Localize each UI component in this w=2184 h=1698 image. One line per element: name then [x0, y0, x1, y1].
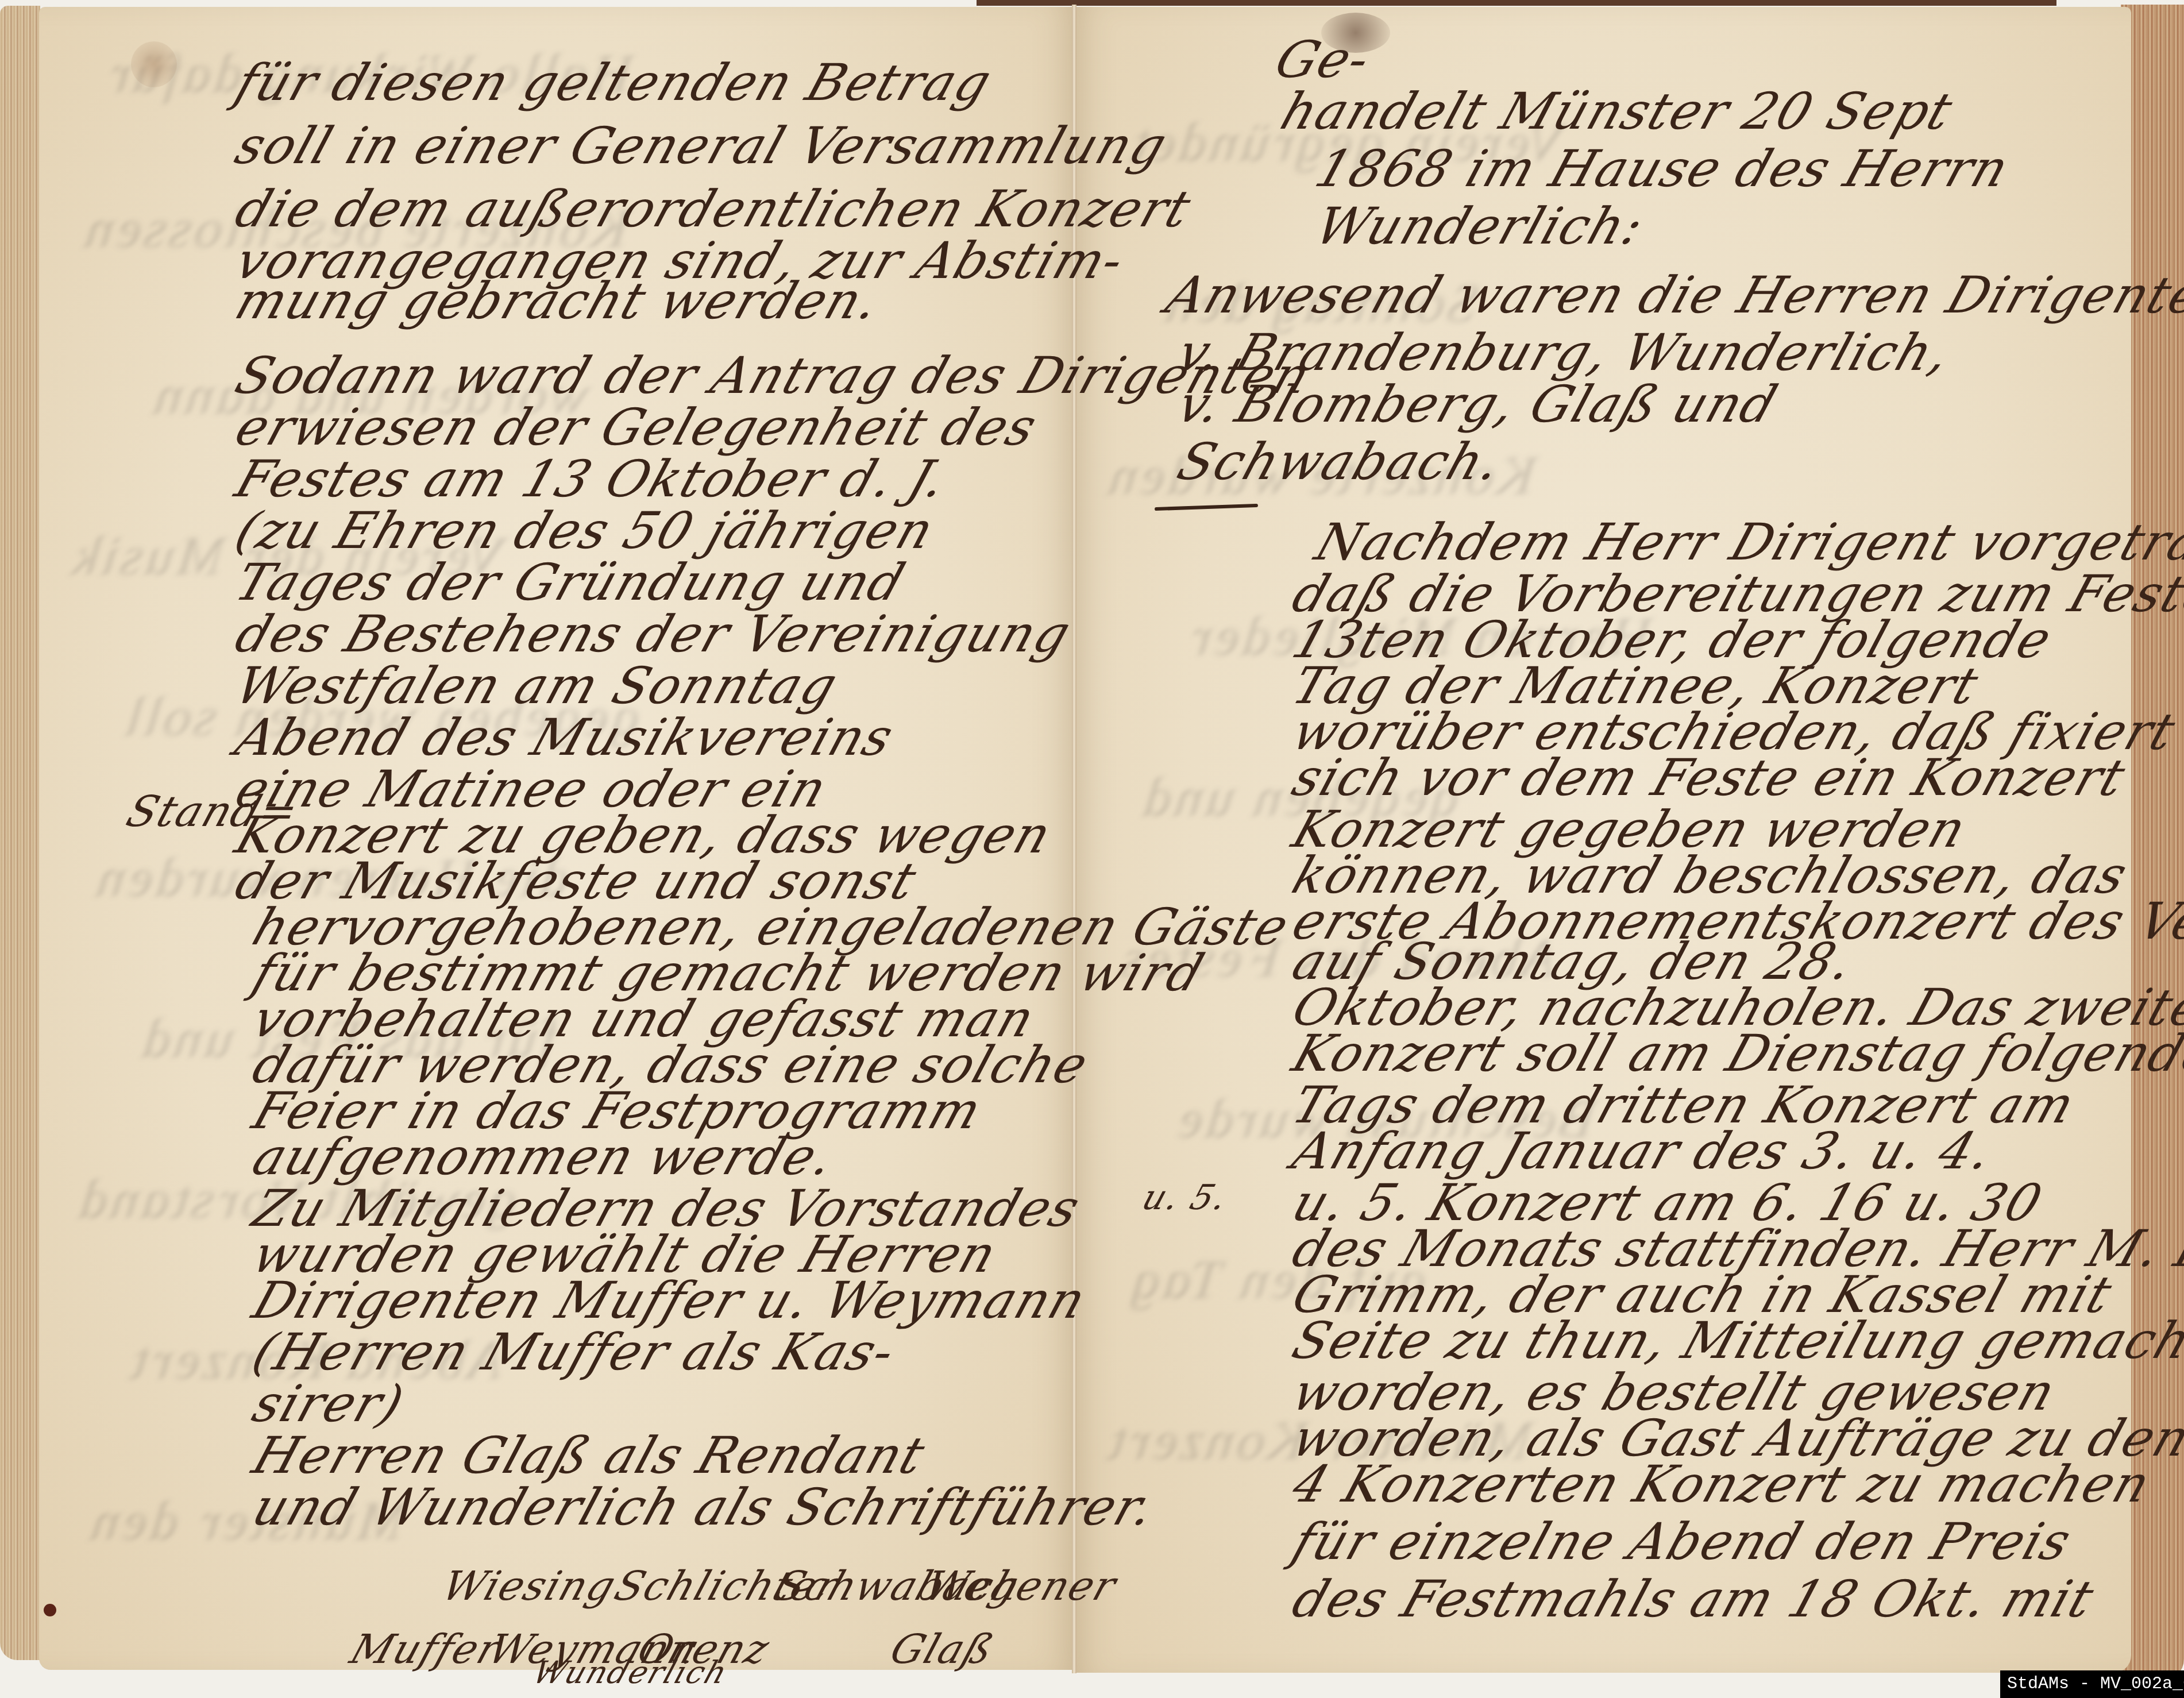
handwritten-line: v. Brandenburg, Wunderlich,: [1172, 327, 1957, 378]
handwritten-line: Nachdem Herr Dirigent vorgetragen: [1310, 517, 2184, 568]
handwritten-line: Schwabach.: [1172, 437, 1508, 487]
signature: Wiesing: [437, 1562, 622, 1610]
handwritten-line: erwiesen der Gelegenheit des: [230, 402, 1043, 453]
handwritten-line: soll in einer General Versammlung: [230, 121, 1174, 171]
handwritten-line: handelt Münster 20 Sept: [1275, 86, 1959, 137]
handwritten-line: Tages der Gründung und: [230, 557, 911, 608]
signature: Glaß: [885, 1626, 1000, 1673]
signature: Wunderlich: [528, 1654, 732, 1691]
handwritten-line: die dem außerordentlichen Konzert: [230, 184, 1197, 234]
handwritten-line: Abend des Musikvereins: [230, 712, 900, 763]
handwritten-line: des Bestehens der Vereinigung: [230, 609, 1077, 659]
handwritten-line: 4 Konzerten Konzert zu machen: [1287, 1459, 2157, 1510]
handwritten-line: Anfang Januar des 3. u. 4.: [1287, 1126, 1999, 1176]
handwritten-line: des Festmahls am 18 Okt. mit: [1287, 1574, 2100, 1624]
handwritten-line: Konzert soll am Dienstag folgenden: [1287, 1028, 2184, 1079]
handwritten-line: Westfalen am Sonntag: [230, 661, 844, 711]
handwritten-line: mung gebracht werden.: [230, 276, 886, 326]
handwritten-line: sirer): [247, 1379, 410, 1429]
archive-reference-label: StdAMs - MV_002a_034: [2000, 1670, 2184, 1698]
stain: [131, 41, 177, 87]
handwritten-line: (zu Ehren des 50 jährigen: [230, 505, 940, 556]
handwritten-line: Festes am 13 Oktober d. J.: [230, 454, 953, 504]
scan-background: Hallo Wirkung dafür Konzerte beschlossen…: [0, 0, 2184, 1698]
handwritten-line: Anwesend waren die Herren Dirigenten: [1160, 270, 2184, 321]
signature: Muffer: [345, 1626, 507, 1673]
handwritten-line: sich vor dem Feste ein Konzert: [1287, 752, 2132, 803]
handwritten-line: (Herren Muffer als Kas-: [247, 1327, 901, 1377]
handwritten-line: für einzelne Abend den Preis: [1287, 1516, 2078, 1567]
handwritten-line: Ge-: [1270, 34, 1377, 85]
signature: Wegener: [919, 1562, 1123, 1610]
left-page-stack-edge: [0, 6, 40, 1660]
handwritten-line: Seite zu thun, Mitteilung gemacht: [1287, 1315, 2184, 1366]
handwritten-line: und Wunderlich als Schriftführer.: [247, 1482, 1162, 1533]
handwritten-line: aufgenommen werde.: [247, 1132, 841, 1182]
handwritten-line: für diesen geltenden Betrag: [230, 57, 998, 108]
book-top-binding: [977, 0, 2056, 6]
handwritten-line: Dirigenten Muffer u. Weymann: [247, 1275, 1093, 1326]
margin-note: u. 5.: [1137, 1178, 1233, 1218]
handwritten-line: 1868 im Hause des Herrn: [1310, 144, 2015, 194]
handwritten-line: v. Blomberg, Glaß und: [1172, 379, 1784, 430]
ink-spot: [44, 1604, 56, 1616]
handwritten-line: Wunderlich:: [1310, 201, 1650, 252]
handwritten-line: Herren Glaß als Rendant: [247, 1430, 932, 1481]
handwritten-line: Sodann ward der Antrag des Dirigenten: [230, 350, 1317, 401]
margin-note: Stand=: [121, 787, 306, 836]
